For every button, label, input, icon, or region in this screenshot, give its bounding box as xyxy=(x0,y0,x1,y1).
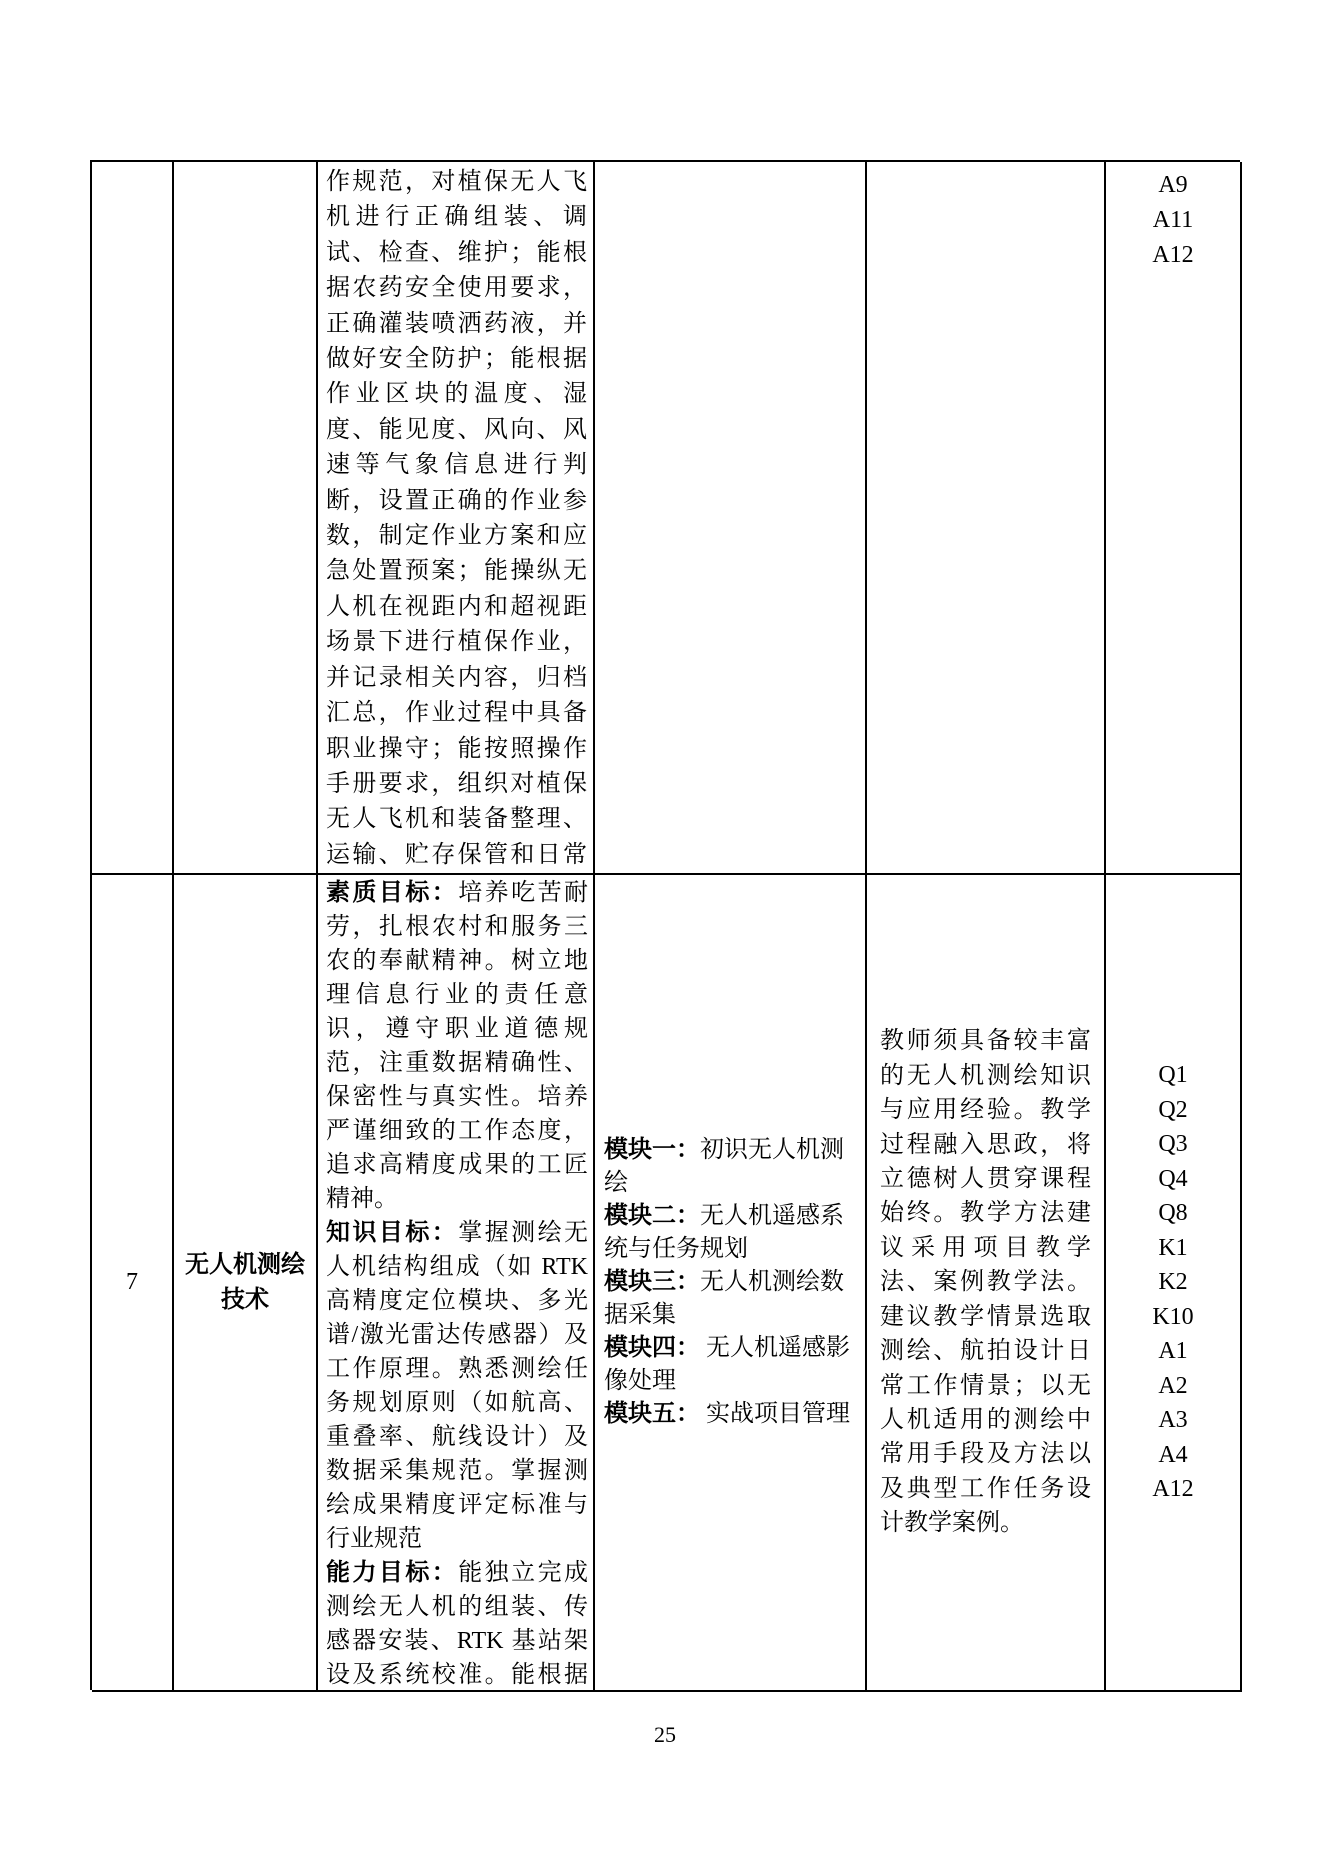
objective-quality: 素质目标：培养吃苦耐劳，扎根农村和服务三农的奉献精神。树立地理信息行业的责任意识… xyxy=(326,876,588,1216)
curriculum-table: 作规范，对植保无人飞机进行正确组装、调试、检查、维护；能根据农药安全使用要求，正… xyxy=(90,160,1240,1690)
row2-codes-cell: Q1 Q2 Q3 Q4 Q8 K1 K2 K10 A1 A2 A3 A4 A12 xyxy=(1106,875,1242,1692)
row2-objectives-cell: 素质目标：培养吃苦耐劳，扎根农村和服务三农的奉献精神。树立地理信息行业的责任意识… xyxy=(318,875,595,1692)
module-5-text: 实战项目管理 xyxy=(700,1401,850,1427)
code-item: A4 xyxy=(1158,1438,1187,1473)
row1-index-cell-empty xyxy=(92,162,174,875)
module-item-1: 模块一：初识无人机测绘 xyxy=(604,1134,861,1200)
module-4-label: 模块四： xyxy=(604,1335,700,1361)
module-2-label: 模块二： xyxy=(604,1203,700,1229)
objectives-continued-text: 作规范，对植保无人飞机进行正确组装、调试、检查、维护；能根据农药安全使用要求，正… xyxy=(326,169,587,875)
row2-modules-cell: 模块一：初识无人机测绘 模块二：无人机遥感系统与任务规划 模块三：无人机测绘数据… xyxy=(595,875,867,1692)
objective-quality-label: 素质目标： xyxy=(326,880,458,906)
row1-modules-cell-empty xyxy=(595,162,867,875)
code-item: Q4 xyxy=(1158,1162,1187,1197)
row2-course-name-cell: 无人机测绘技术 xyxy=(174,875,318,1692)
row2-teaching-suggestion-cell: 教师须具备较丰富的无人机测绘知识与应用经验。教学过程融入思政，将立德树人贯穿课程… xyxy=(867,875,1106,1692)
row1-course-name-cell-empty xyxy=(174,162,318,875)
row2-index-cell: 7 xyxy=(92,875,174,1692)
module-3-label: 模块三： xyxy=(604,1269,700,1295)
objective-ability-label: 能力目标： xyxy=(326,1560,458,1586)
code-item: K1 xyxy=(1158,1231,1187,1266)
module-item-5: 模块五： 实战项目管理 xyxy=(604,1398,861,1431)
row1-codes-cell: A9 A11 A12 xyxy=(1106,162,1242,875)
objective-quality-text: 培养吃苦耐劳，扎根农村和服务三农的奉献精神。树立地理信息行业的责任意识，遵守职业… xyxy=(326,880,588,1212)
code-item: Q8 xyxy=(1158,1196,1187,1231)
module-item-2: 模块二：无人机遥感系统与任务规划 xyxy=(604,1200,861,1266)
module-item-4: 模块四： 无人机遥感影像处理 xyxy=(604,1332,861,1398)
course-name: 无人机测绘技术 xyxy=(174,1248,316,1318)
objective-ability: 能力目标：能独立完成测绘无人机的组装、传感器安装、RTK 基站架设及系统校准。能… xyxy=(326,1556,588,1692)
course-index: 7 xyxy=(126,1265,138,1300)
code-item: A1 xyxy=(1158,1334,1187,1369)
code-item: Q2 xyxy=(1158,1093,1187,1128)
code-item: Q1 xyxy=(1158,1058,1187,1093)
code-item: A11 xyxy=(1153,203,1193,238)
code-item: Q3 xyxy=(1158,1127,1187,1162)
code-item: A9 xyxy=(1158,168,1187,203)
code-item: K10 xyxy=(1152,1300,1193,1335)
code-item: A3 xyxy=(1158,1403,1187,1438)
code-item: A2 xyxy=(1158,1369,1187,1404)
code-item: A12 xyxy=(1152,238,1193,273)
module-item-3: 模块三：无人机测绘数据采集 xyxy=(604,1266,861,1332)
objective-knowledge-label: 知识目标： xyxy=(326,1220,458,1246)
document-page: 作规范，对植保无人飞机进行正确组装、调试、检查、维护；能根据农药安全使用要求，正… xyxy=(0,0,1323,1871)
row1-teaching-suggestion-cell-empty xyxy=(867,162,1106,875)
objective-knowledge: 知识目标：掌握测绘无人机结构组成（如 RTK 高精度定位模块、多光谱/激光雷达传… xyxy=(326,1216,588,1556)
code-item: K2 xyxy=(1158,1265,1187,1300)
page-number: 25 xyxy=(0,1722,1323,1748)
module-5-label: 模块五： xyxy=(604,1401,700,1427)
module-1-label: 模块一： xyxy=(604,1137,700,1163)
code-item: A12 xyxy=(1152,1472,1193,1507)
teaching-suggestion-text: 教师须具备较丰富的无人机测绘知识与应用经验。教学过程融入思政，将立德树人贯穿课程… xyxy=(880,1024,1091,1540)
objective-knowledge-text: 掌握测绘无人机结构组成（如 RTK 高精度定位模块、多光谱/激光雷达传感器）及工… xyxy=(326,1220,588,1552)
row1-objectives-continued-cell: 作规范，对植保无人飞机进行正确组装、调试、检查、维护；能根据农药安全使用要求，正… xyxy=(318,162,595,875)
